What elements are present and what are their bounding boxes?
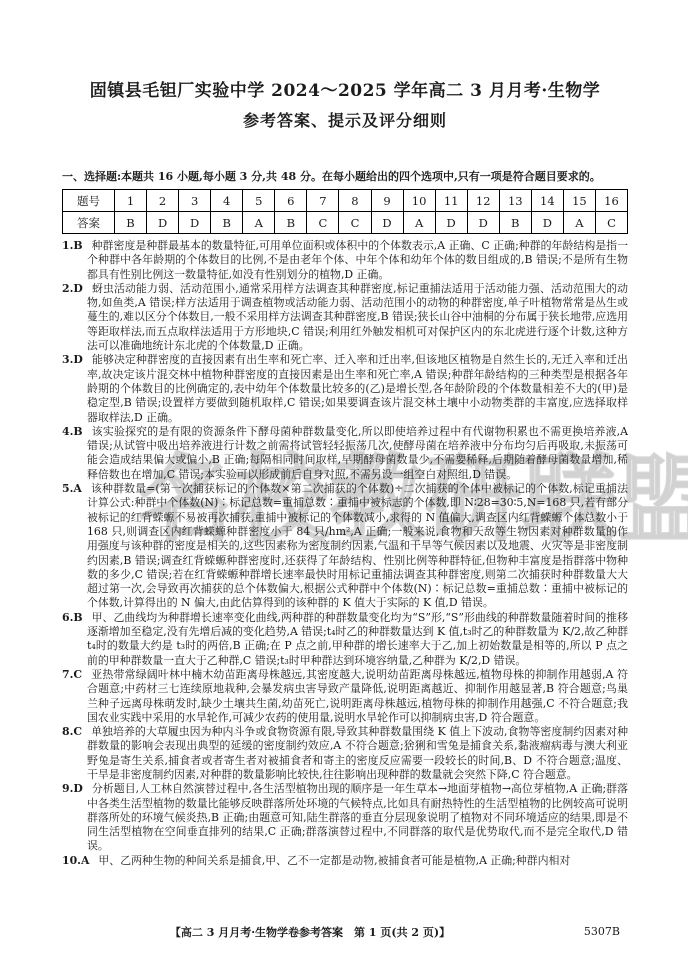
explanation-label: 3.D — [62, 353, 83, 366]
question-number-cell: 6 — [275, 190, 307, 212]
answer-cell: B — [211, 212, 243, 234]
explanation-label: 9.D — [62, 782, 83, 795]
question-number-cell: 1 — [115, 190, 147, 212]
explanation-label: 1.B — [62, 239, 83, 252]
answer-cell: A — [403, 212, 435, 234]
explanation-label: 7.C — [62, 668, 82, 681]
answer-cell: B — [115, 212, 147, 234]
question-number-cell: 10 — [403, 190, 435, 212]
exam-answer-sheet-page: 名校教研联盟 固镇县毛钽厂实验中学 2024～2025 学年高二 3 月月考·生… — [0, 0, 688, 971]
answer-cell: D — [147, 212, 179, 234]
answer-cell: D — [435, 212, 467, 234]
explanation-text: 分析题目,人工林自然演替过程中,各生活型植物出现的顺序是一年生草本→地面芽植物→… — [87, 782, 628, 852]
question-number-cell: 2 — [147, 190, 179, 212]
explanation-item-1: 1.B种群密度是种群最基本的数量特征,可用单位面积或体积中的个体数表示,A 正确… — [62, 239, 628, 282]
question-number-cell: 7 — [307, 190, 339, 212]
section-1-heading: 一、选择题:本题共 16 小题,每小题 3 分,共 48 分。在每小题给出的四个… — [62, 168, 628, 184]
row-label-question-number: 题号 — [63, 190, 115, 212]
question-number-cell: 15 — [563, 190, 595, 212]
question-number-cell: 8 — [339, 190, 371, 212]
footer-page-info: 【高二 3 月月考·生物学卷参考答案 第 1 页(共 2 页)】 — [62, 924, 628, 940]
explanation-item-10: 10.A甲、乙两种生物的种间关系是捕食,甲、乙不一定都是动物,被捕食者可能是植物… — [62, 854, 628, 868]
question-number-cell: 3 — [179, 190, 211, 212]
answer-cell: D — [467, 212, 499, 234]
explanation-text: 蚜虫活动能力弱、活动范围小,通常采用样方法调查其种群密度,标记重捕法适用于活动能… — [87, 282, 628, 352]
explanation-item-9: 9.D分析题目,人工林自然演替过程中,各生活型植物出现的顺序是一年生草本→地面芽… — [62, 782, 628, 853]
footer-paper-code: 5307B — [584, 925, 620, 938]
answer-cell: A — [563, 212, 595, 234]
explanation-text: 单独培养的大草履虫因为种内斗争或食物资源有限,导致其种群数量围绕 K 值上下波动… — [87, 725, 628, 781]
question-number-cell: 9 — [371, 190, 403, 212]
row-label-answer: 答案 — [63, 212, 115, 234]
explanation-label: 4.B — [62, 425, 83, 438]
answer-cell: C — [339, 212, 371, 234]
question-number-row: 题号 1 2 3 4 5 6 7 8 9 10 11 12 13 14 15 1… — [63, 190, 628, 212]
explanation-text: 甲、乙曲线均为种群增长速率变化曲线,两种群的种群数量变化均为“S”形,“S”形曲… — [87, 611, 628, 667]
explanation-label: 6.B — [62, 611, 83, 624]
question-number-cell: 12 — [467, 190, 499, 212]
question-number-cell: 14 — [531, 190, 563, 212]
explanation-list: 1.B种群密度是种群最基本的数量特征,可用单位面积或体积中的个体数表示,A 正确… — [62, 239, 628, 868]
document-subtitle: 参考答案、提示及评分细则 — [62, 108, 628, 131]
question-number-cell: 5 — [243, 190, 275, 212]
explanation-item-3: 3.D能够决定种群密度的直接因素有出生率和死亡率、迁入率和迁出率,但该地区植物是… — [62, 353, 628, 424]
explanation-text: 能够决定种群密度的直接因素有出生率和死亡率、迁入率和迁出率,但该地区植物是自然生… — [87, 353, 628, 423]
explanation-item-7: 7.C亚热带常绿阔叶林中楠木幼苗距离母株越远,其密度越大,说明幼苗距离母株越远,… — [62, 668, 628, 725]
answer-key-table: 题号 1 2 3 4 5 6 7 8 9 10 11 12 13 14 15 1… — [62, 189, 628, 234]
explanation-text: 该实验探究的是有限的资源条件下酵母菌种群数量变化,所以即使培养过程中有代谢物积累… — [87, 425, 628, 481]
explanation-item-6: 6.B甲、乙曲线均为种群增长速率变化曲线,两种群的种群数量变化均为“S”形,“S… — [62, 611, 628, 668]
page-footer: 【高二 3 月月考·生物学卷参考答案 第 1 页(共 2 页)】 5307B — [62, 924, 628, 940]
answer-cell: A — [243, 212, 275, 234]
question-number-cell: 11 — [435, 190, 467, 212]
explanation-text: 甲、乙两种生物的种间关系是捕食,甲、乙不一定都是动物,被捕食者可能是植物,A 正… — [98, 854, 570, 867]
explanation-label: 5.A — [62, 482, 82, 495]
answer-cell: B — [275, 212, 307, 234]
answer-cell: B — [499, 212, 531, 234]
explanation-item-5: 5.A该种群数量=(第一次捕获标记的个体数×第二次捕获的个体数)÷二次捕获的个体… — [62, 482, 628, 611]
document-title: 固镇县毛钽厂实验中学 2024～2025 学年高二 3 月月考·生物学 — [62, 76, 628, 101]
explanation-text: 该种群数量=(第一次捕获标记的个体数×第二次捕获的个体数)÷二次捕获的个体中被标… — [87, 482, 628, 609]
answer-row: 答案 B D D B A B C C D A D D B D A C — [63, 212, 628, 234]
page-content: 固镇县毛钽厂实验中学 2024～2025 学年高二 3 月月考·生物学 参考答案… — [0, 0, 688, 868]
answer-cell: D — [531, 212, 563, 234]
answer-cell: D — [179, 212, 211, 234]
question-number-cell: 4 — [211, 190, 243, 212]
explanation-text: 种群密度是种群最基本的数量特征,可用单位面积或体积中的个体数表示,A 正确、C … — [87, 239, 628, 281]
answer-cell: C — [307, 212, 339, 234]
explanation-item-4: 4.B该实验探究的是有限的资源条件下酵母菌种群数量变化,所以即使培养过程中有代谢… — [62, 425, 628, 482]
answer-cell: C — [595, 212, 627, 234]
explanation-label: 8.C — [62, 725, 82, 738]
question-number-cell: 13 — [499, 190, 531, 212]
explanation-label: 10.A — [62, 854, 89, 867]
explanation-item-2: 2.D蚜虫活动能力弱、活动范围小,通常采用样方法调查其种群密度,标记重捕法适用于… — [62, 282, 628, 353]
answer-cell: D — [371, 212, 403, 234]
explanation-text: 亚热带常绿阔叶林中楠木幼苗距离母株越远,其密度越大,说明幼苗距离母株越远,植物母… — [87, 668, 628, 724]
question-number-cell: 16 — [595, 190, 627, 212]
explanation-label: 2.D — [62, 282, 83, 295]
explanation-item-8: 8.C单独培养的大草履虫因为种内斗争或食物资源有限,导致其种群数量围绕 K 值上… — [62, 725, 628, 782]
